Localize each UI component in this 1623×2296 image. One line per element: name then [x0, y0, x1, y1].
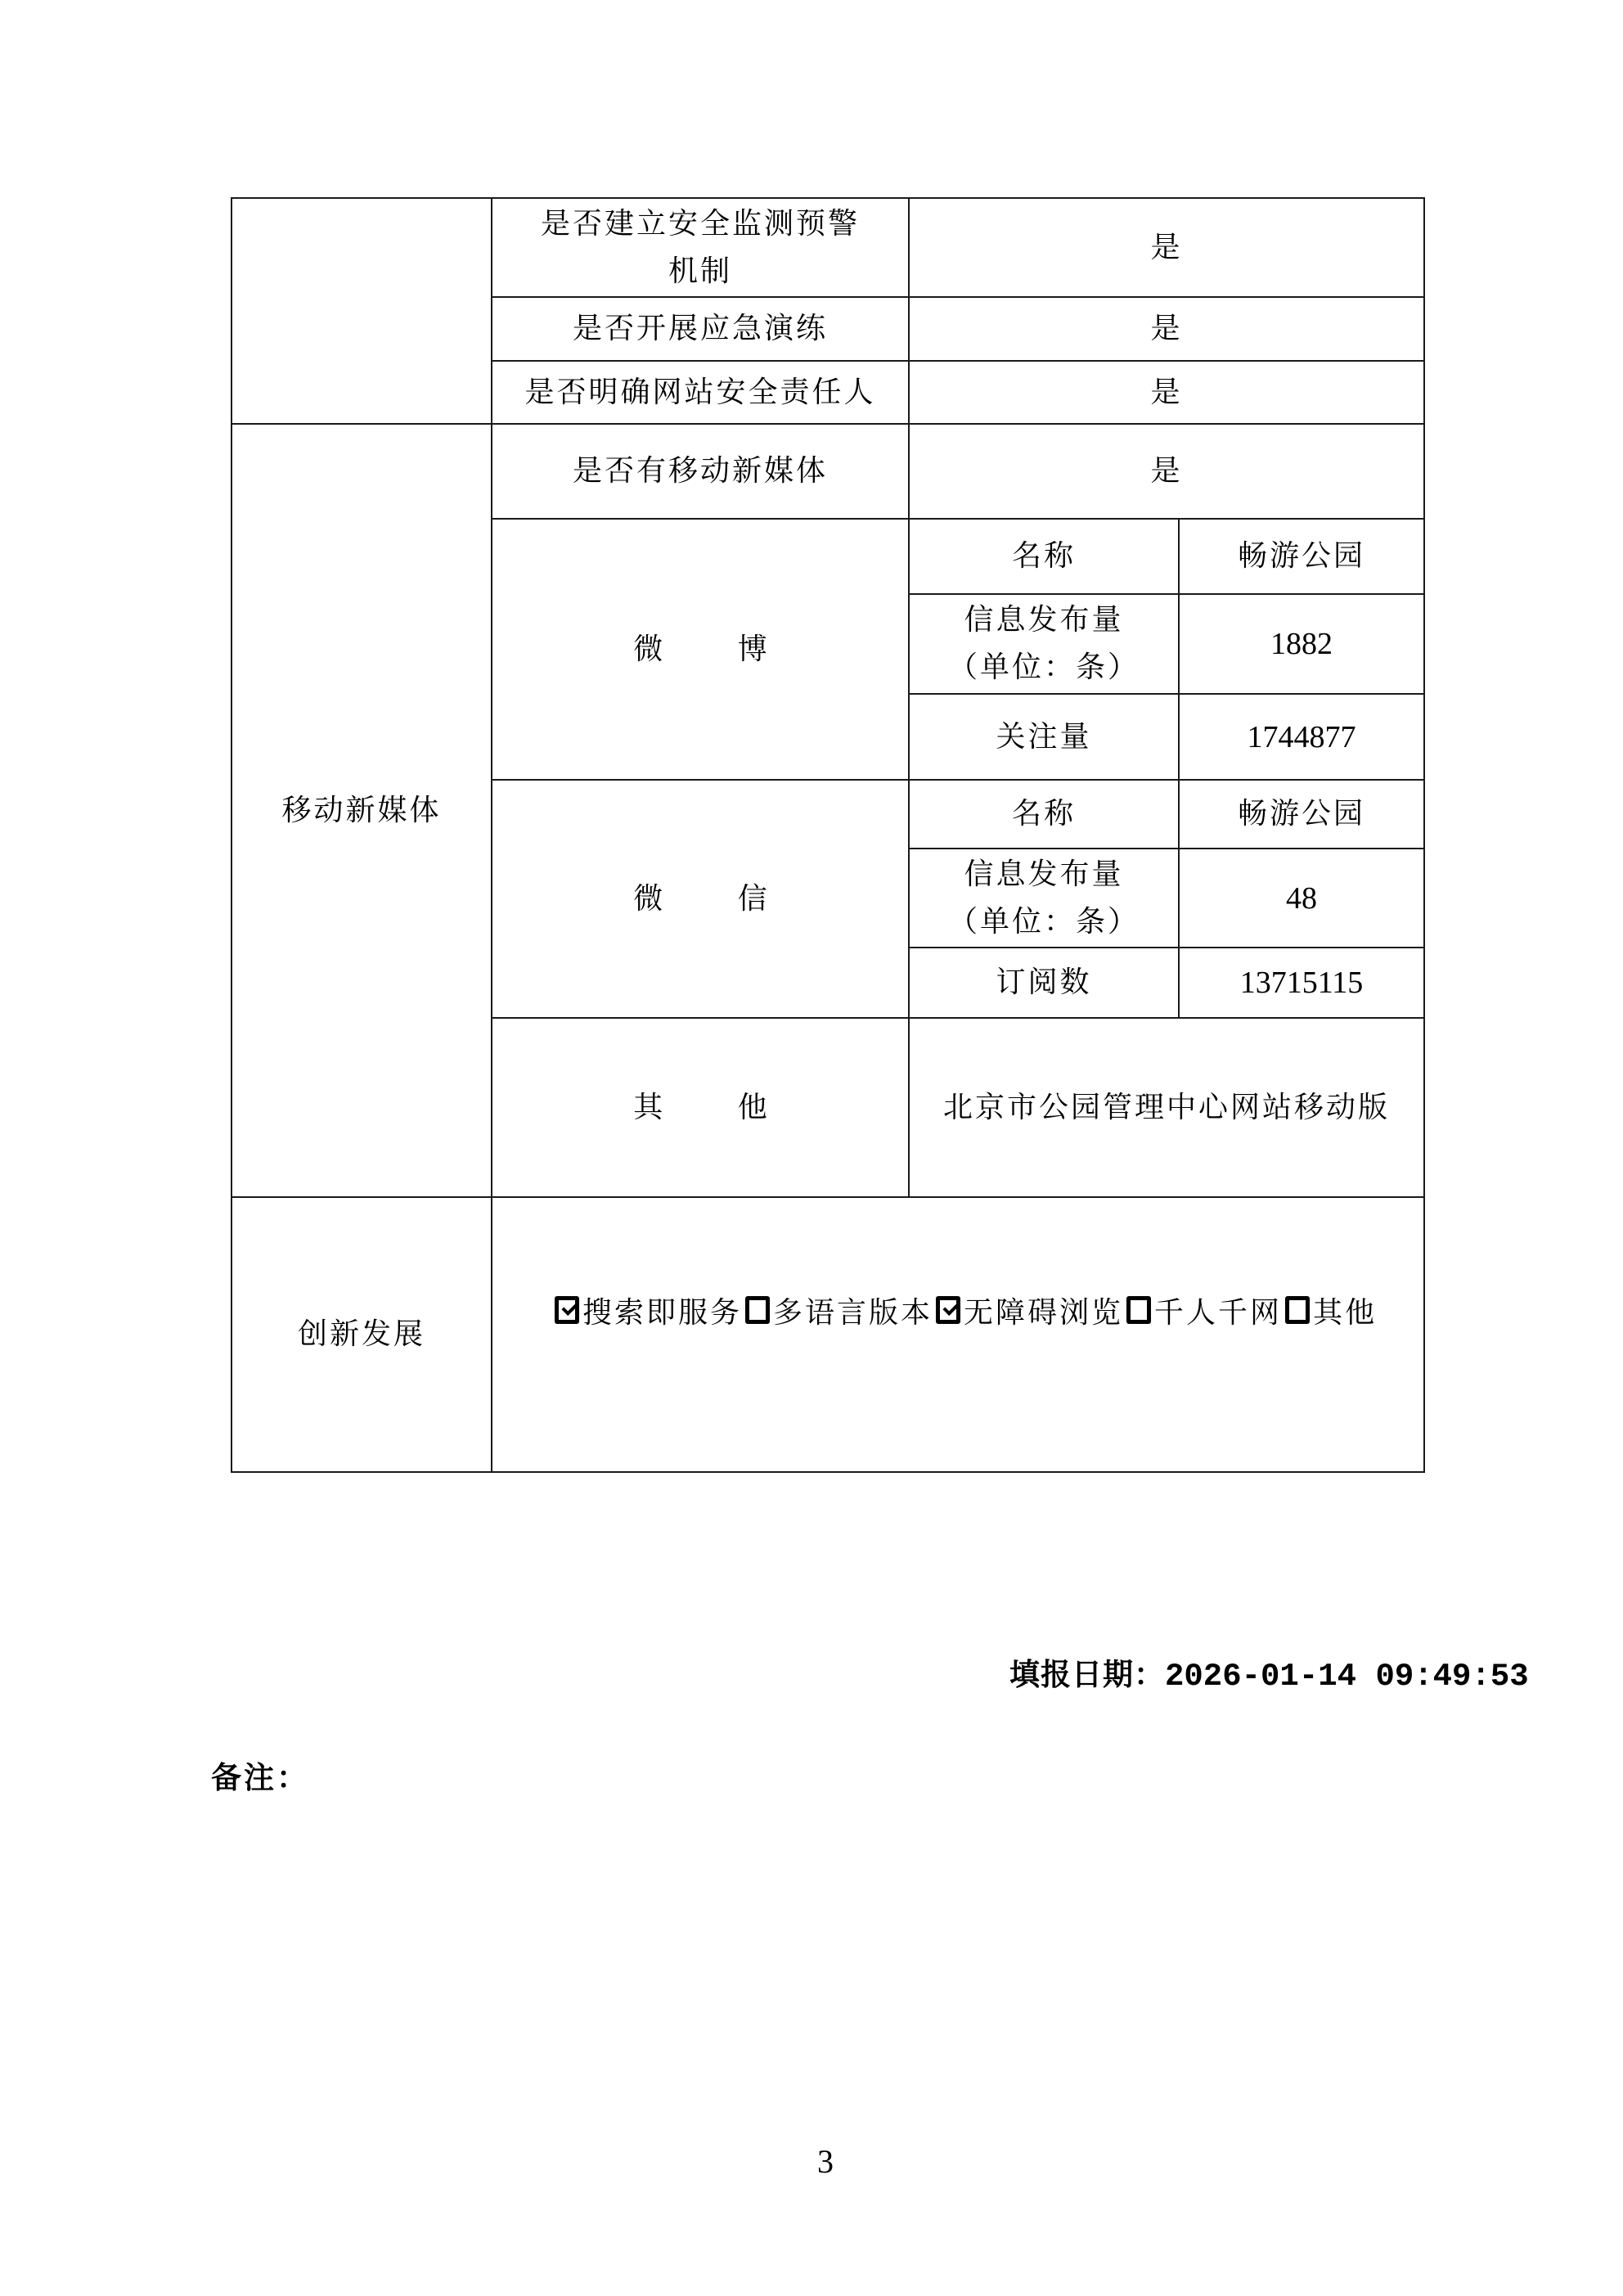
weixin-subscribers-value: 13715115 — [1240, 959, 1364, 1006]
weixin-name-label-cell: 名称 — [908, 779, 1180, 849]
weibo-name-label: 名称 — [1012, 533, 1076, 580]
mobile-media-section-cell: 移动新媒体 — [231, 423, 492, 1198]
option-other-label: 其他 — [1313, 1290, 1377, 1331]
weibo-name-value: 畅游公园 — [1238, 533, 1365, 580]
weixin-name-value: 畅游公园 — [1238, 790, 1365, 838]
weibo-posts-value: 1882 — [1270, 620, 1333, 668]
other-media-value-cell: 北京市公园管理中心网站移动版 — [908, 1017, 1425, 1198]
other-media-label: 其 他 — [600, 1084, 799, 1132]
monitoring-warning-label-cell: 是否建立安全监测预警 机制 — [491, 197, 910, 298]
innovation-options-cell — [491, 1196, 1425, 1473]
weibo-name-label-cell: 名称 — [908, 518, 1180, 595]
fill-date-label: 填报日期： — [1009, 1656, 1165, 1692]
weixin-name-value-cell: 畅游公园 — [1178, 779, 1425, 849]
weibo-label-cell: 微 博 — [491, 518, 910, 781]
security-officer-label-cell: 是否明确网站安全责任人 — [491, 360, 910, 425]
weixin-posts-label-line2: （单位：条） — [948, 905, 1140, 939]
weibo-followers-label: 关注量 — [996, 714, 1091, 761]
has-mobile-media-value-cell: 是 — [908, 423, 1425, 520]
weixin-posts-label-line1: 信息发布量 — [964, 858, 1123, 891]
security-officer-value: 是 — [1150, 369, 1182, 416]
option-personalized-label: 千人千网 — [1154, 1290, 1282, 1331]
monitoring-warning-value-cell: 是 — [908, 197, 1425, 298]
emergency-drill-label: 是否开展应急演练 — [573, 305, 828, 353]
has-mobile-media-value: 是 — [1150, 448, 1182, 495]
security-section-label-cell — [231, 197, 492, 425]
weibo-followers-value: 1744877 — [1248, 714, 1356, 761]
checkbox-accessibility[interactable] — [936, 1296, 960, 1324]
monitoring-warning-label-line1: 是否建立安全监测预警 — [541, 207, 860, 241]
other-media-label-cell: 其 他 — [491, 1017, 910, 1198]
document-page: 是否建立安全监测预警 机制 是 是否开展应急演练 是 是否明确网站安全责任人 是… — [0, 0, 1623, 2296]
has-mobile-media-label-cell: 是否有移动新媒体 — [491, 423, 910, 520]
weixin-label-cell: 微 信 — [491, 779, 910, 1019]
security-officer-value-cell: 是 — [908, 360, 1425, 425]
weixin-posts-value-cell: 48 — [1178, 848, 1425, 948]
weixin-subscribers-value-cell: 13715115 — [1178, 947, 1425, 1019]
weibo-posts-label-line2: （单位：条） — [948, 651, 1140, 684]
other-media-value: 北京市公园管理中心网站移动版 — [943, 1084, 1390, 1132]
weibo-followers-label-cell: 关注量 — [908, 693, 1180, 781]
weixin-posts-value: 48 — [1286, 875, 1317, 922]
option-multilingual-label: 多语言版本 — [773, 1290, 933, 1331]
weixin-posts-label-cell: 信息发布量 （单位：条） — [908, 848, 1180, 948]
weibo-followers-value-cell: 1744877 — [1178, 693, 1425, 781]
weixin-subscribers-label-cell: 订阅数 — [908, 947, 1180, 1019]
fill-date: 填报日期：2026-01-14 09:49:53 — [1009, 1650, 1529, 1695]
page-number: 3 — [817, 2142, 834, 2181]
checkbox-other[interactable] — [1285, 1296, 1310, 1324]
option-search-service-label: 搜索即服务 — [582, 1290, 742, 1331]
fill-date-value: 2026-01-14 09:49:53 — [1165, 1659, 1529, 1695]
emergency-drill-value: 是 — [1150, 305, 1182, 353]
weixin-subscribers-label: 订阅数 — [996, 959, 1091, 1006]
weibo-posts-value-cell: 1882 — [1178, 593, 1425, 695]
weixin-label: 微 信 — [600, 876, 799, 923]
weibo-label: 微 博 — [600, 626, 799, 673]
remark-label: 备注： — [211, 1753, 309, 1797]
monitoring-warning-value: 是 — [1150, 224, 1182, 272]
security-officer-label: 是否明确网站安全责任人 — [524, 369, 875, 416]
innovation-options: 搜索即服务 多语言版本 无障碍浏览 千人千网 其他 — [553, 1290, 1378, 1330]
weibo-posts-label-line1: 信息发布量 — [964, 603, 1123, 637]
checkbox-search-service[interactable] — [555, 1296, 579, 1324]
has-mobile-media-label: 是否有移动新媒体 — [573, 448, 828, 495]
weixin-name-label: 名称 — [1012, 790, 1076, 838]
innovation-section-cell: 创新发展 — [231, 1196, 492, 1473]
emergency-drill-label-cell: 是否开展应急演练 — [491, 296, 910, 362]
weibo-name-value-cell: 畅游公园 — [1178, 518, 1425, 595]
innovation-section-label: 创新发展 — [298, 1311, 425, 1358]
monitoring-warning-label-line2: 机制 — [668, 254, 732, 288]
emergency-drill-value-cell: 是 — [908, 296, 1425, 362]
checkbox-personalized[interactable] — [1126, 1296, 1151, 1324]
mobile-media-section-label: 移动新媒体 — [281, 787, 441, 835]
option-accessibility-label: 无障碍浏览 — [964, 1290, 1123, 1331]
checkbox-multilingual[interactable] — [745, 1296, 770, 1324]
weibo-posts-label-cell: 信息发布量 （单位：条） — [908, 593, 1180, 695]
